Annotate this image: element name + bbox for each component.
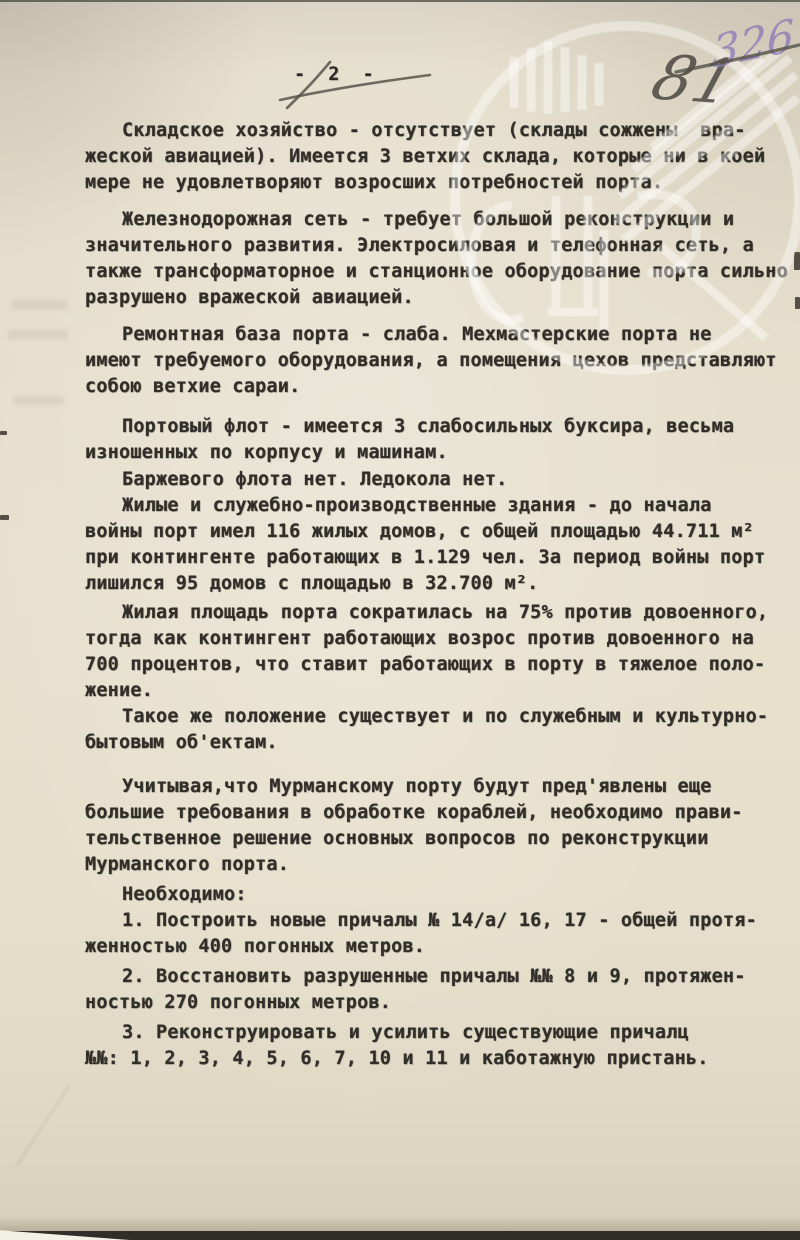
paragraph: Жилая площадь порта сократилась на 75% п… — [85, 600, 797, 704]
text-line: большие требования в обработке кораблей,… — [85, 800, 797, 826]
paragraph: Такое же положение существует и по служе… — [85, 704, 797, 756]
bleed-through-text — [12, 300, 67, 310]
paragraph: Складское хозяйство - отсутствует (склад… — [85, 118, 797, 196]
paragraph: Ремонтная база порта - слаба. Мехмастерс… — [85, 322, 797, 400]
text-line: лишился 95 домов с площадью в 32.700 м². — [85, 571, 797, 597]
scan-bottom-edge — [0, 1231, 800, 1240]
text-line: №№: 1, 2, 3, 4, 5, 6, 7, 10 и 11 и кабот… — [85, 1046, 797, 1072]
text-line: 3. Реконструировать и усилить существующ… — [85, 1020, 797, 1046]
text-line: бытовым об'ектам. — [85, 730, 797, 756]
text-line: Необходимо: — [85, 882, 797, 908]
text-line: Портовый флот - имеется 3 слабосильных б… — [85, 414, 797, 440]
text-line: жеской авиацией). Имеется 3 ветхих склад… — [85, 144, 797, 170]
text-line: Баржевого флота нет. Ледокола нет. — [85, 467, 797, 493]
text-line: при контингенте работающих в 1.129 чел. … — [85, 545, 797, 571]
text-line: женностью 400 погонных метров. — [85, 934, 797, 960]
scanned-document-page: - 2 - Складское хозяйство - отсутствует … — [0, 0, 800, 1240]
text-line: Такое же положение существует и по служе… — [85, 704, 797, 730]
text-line: 700 процентов, что ставит работающих в п… — [85, 652, 797, 678]
text-line: значительного развития. Электросиловая и… — [85, 233, 797, 259]
corner-number-purple: 326 — [712, 10, 794, 79]
paper-bottom-shadow — [0, 1216, 800, 1232]
text-line: Жилая площадь порта сократилась на 75% п… — [85, 600, 797, 626]
paper-crease — [16, 1085, 69, 1166]
text-line: Железнодорожная сеть - требует большой р… — [85, 207, 797, 233]
text-line: имеют требуемого оборудования, а помещен… — [85, 348, 797, 374]
bleed-through-text — [8, 330, 68, 339]
page-number: - 2 - — [294, 64, 379, 85]
corner-number-strike — [676, 45, 799, 72]
text-line: собою ветхие сараи. — [85, 374, 797, 400]
corner-number-pencil: 81 — [643, 42, 745, 118]
paragraph: 1. Построить новые причалы № 14/а/ 16, 1… — [85, 908, 797, 960]
text-line: Складское хозяйство - отсутствует (склад… — [85, 118, 797, 144]
text-line: Жилые и служебно-производственные здания… — [85, 493, 797, 519]
scan-edge-mark — [0, 431, 7, 435]
text-line: ностью 270 погонных метров. — [85, 990, 797, 1016]
paragraph: Необходимо: — [85, 882, 797, 908]
bleed-through-text — [14, 396, 64, 405]
scan-edge-mark — [0, 515, 9, 520]
paragraph: Железнодорожная сеть - требует большой р… — [85, 207, 797, 311]
text-line: войны порт имел 116 жилых домов, с общей… — [85, 519, 797, 545]
paragraph: 3. Реконструировать и усилить существующ… — [85, 1020, 797, 1072]
text-line: жение. — [85, 678, 797, 704]
paragraph: Жилые и служебно-производственные здания… — [85, 493, 797, 597]
paragraph: Учитывая,что Мурманскому порту будут пре… — [85, 774, 797, 878]
text-line: 2. Восстановить разрушенные причалы №№ 8… — [85, 964, 797, 990]
text-line: разрушено вражеской авиацией. — [85, 285, 797, 311]
text-line: Учитывая,что Мурманскому порту будут пре… — [85, 774, 797, 800]
text-line: мере не удовлетворяют возросших потребно… — [85, 170, 797, 196]
text-line: Мурманского порта. — [85, 852, 797, 878]
text-line: тогда как контингент работающих возрос п… — [85, 626, 797, 652]
paragraph: Баржевого флота нет. Ледокола нет. — [85, 467, 797, 493]
paragraph: 2. Восстановить разрушенные причалы №№ 8… — [85, 964, 797, 1016]
scan-top-edge — [0, 0, 800, 2]
paragraph: Портовый флот - имеется 3 слабосильных б… — [85, 414, 797, 466]
text-line: тельственное решение основных вопросов п… — [85, 826, 797, 852]
document-body: Складское хозяйство - отсутствует (склад… — [85, 118, 797, 1072]
text-line: также трансформаторное и станционное обо… — [85, 259, 797, 285]
text-line: изношенных по корпусу и машинам. — [85, 440, 797, 466]
text-line: 1. Построить новые причалы № 14/а/ 16, 1… — [85, 908, 797, 934]
text-line: Ремонтная база порта - слаба. Мехмастерс… — [85, 322, 797, 348]
